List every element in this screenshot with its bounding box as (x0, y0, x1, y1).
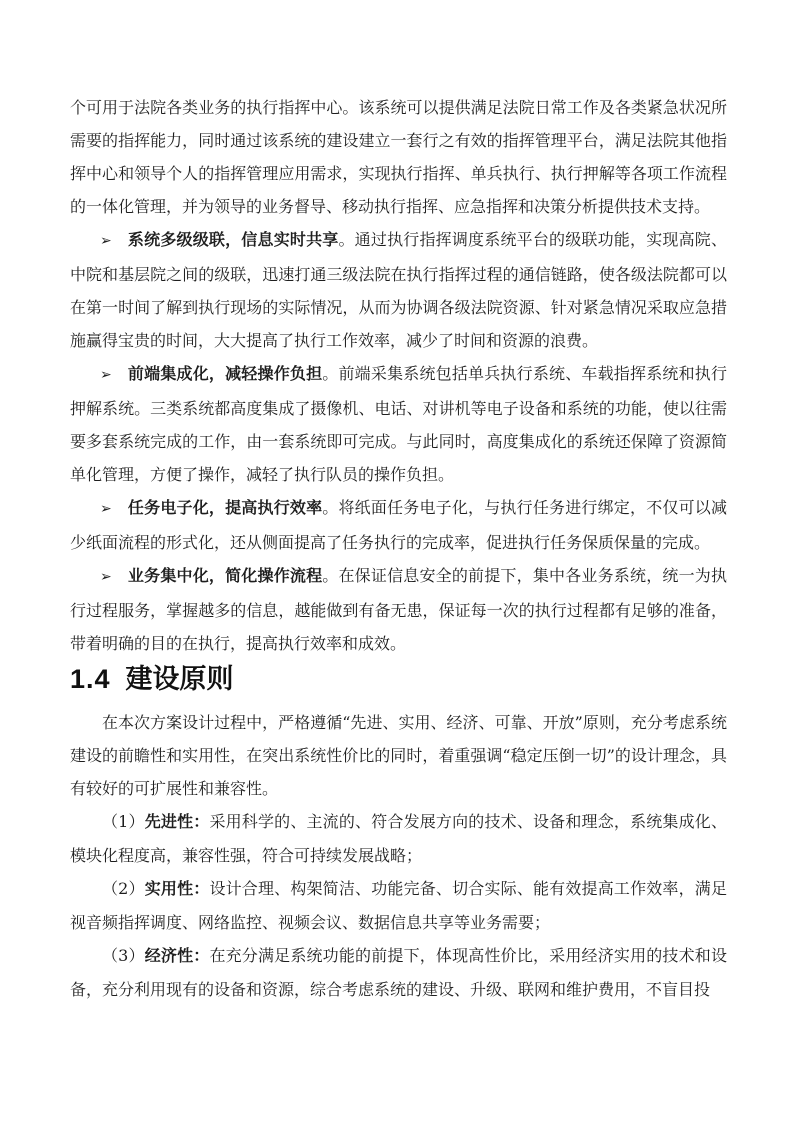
section-intro-paragraph: 在本次方案设计过程中，严格遵循“先进、实用、经济、可靠、开放”原则，充分考虑系统… (70, 706, 727, 805)
bullet-item: ➢任务电子化，提高执行效率。将纸面任务电子化，与执行任务进行绑定，不仅可以减少纸… (70, 491, 727, 559)
principle-head: 实用性： (145, 881, 210, 898)
arrow-bullet-icon: ➢ (100, 233, 128, 249)
section-heading: 1.4 建设原则 (70, 662, 727, 696)
principle-item: （1）先进性：采用科学的、主流的、符合发展方向的技术、设备和理念，系统集成化、模… (70, 805, 727, 872)
principle-head: 先进性： (145, 814, 210, 831)
bullet-head: 前端集成化，减轻操作负担 (128, 366, 323, 383)
bullet-head: 系统多级级联，信息实时共享 (128, 232, 339, 249)
principle-head: 经济性： (145, 948, 210, 965)
arrow-bullet-icon: ➢ (100, 367, 128, 383)
page-body-text: 个可用于法院各类业务的执行指挥中心。该系统可以提供满足法院日常工作及各类紧急状况… (70, 91, 727, 1006)
heading-number: 1.4 (70, 662, 111, 696)
bullet-item: ➢前端集成化，减轻操作负担。前端采集系统包括单兵执行系统、车载指挥系统和执行押解… (70, 357, 727, 491)
principle-marker: （1） (102, 812, 145, 831)
bullet-head: 业务集中化，简化操作流程 (128, 568, 323, 585)
continuation-paragraph: 个可用于法院各类业务的执行指挥中心。该系统可以提供满足法院日常工作及各类紧急状况… (70, 91, 727, 223)
arrow-bullet-icon: ➢ (100, 501, 128, 517)
bullet-item: ➢业务集中化，简化操作流程。在保证信息安全的前提下，集中各业务系统，统一为执行过… (70, 559, 727, 660)
principle-item: （2）实用性：设计合理、构架简洁、功能完备、切合实际、能有效提高工作效率，满足视… (70, 872, 727, 939)
bullet-item: ➢系统多级级联，信息实时共享。通过执行指挥调度系统平台的级联功能，实现高院、中院… (70, 223, 727, 357)
principle-marker: （3） (102, 946, 145, 965)
bullet-head: 任务电子化，提高执行效率 (128, 500, 323, 517)
principle-marker: （2） (102, 879, 145, 898)
heading-title: 建设原则 (126, 662, 234, 696)
arrow-bullet-icon: ➢ (100, 569, 128, 585)
document-page: 个可用于法院各类业务的执行指挥中心。该系统可以提供满足法院日常工作及各类紧急状况… (0, 0, 793, 1122)
principle-item: （3）经济性：在充分满足系统功能的前提下，体现高性价比，采用经济实用的技术和设备… (70, 939, 727, 1006)
